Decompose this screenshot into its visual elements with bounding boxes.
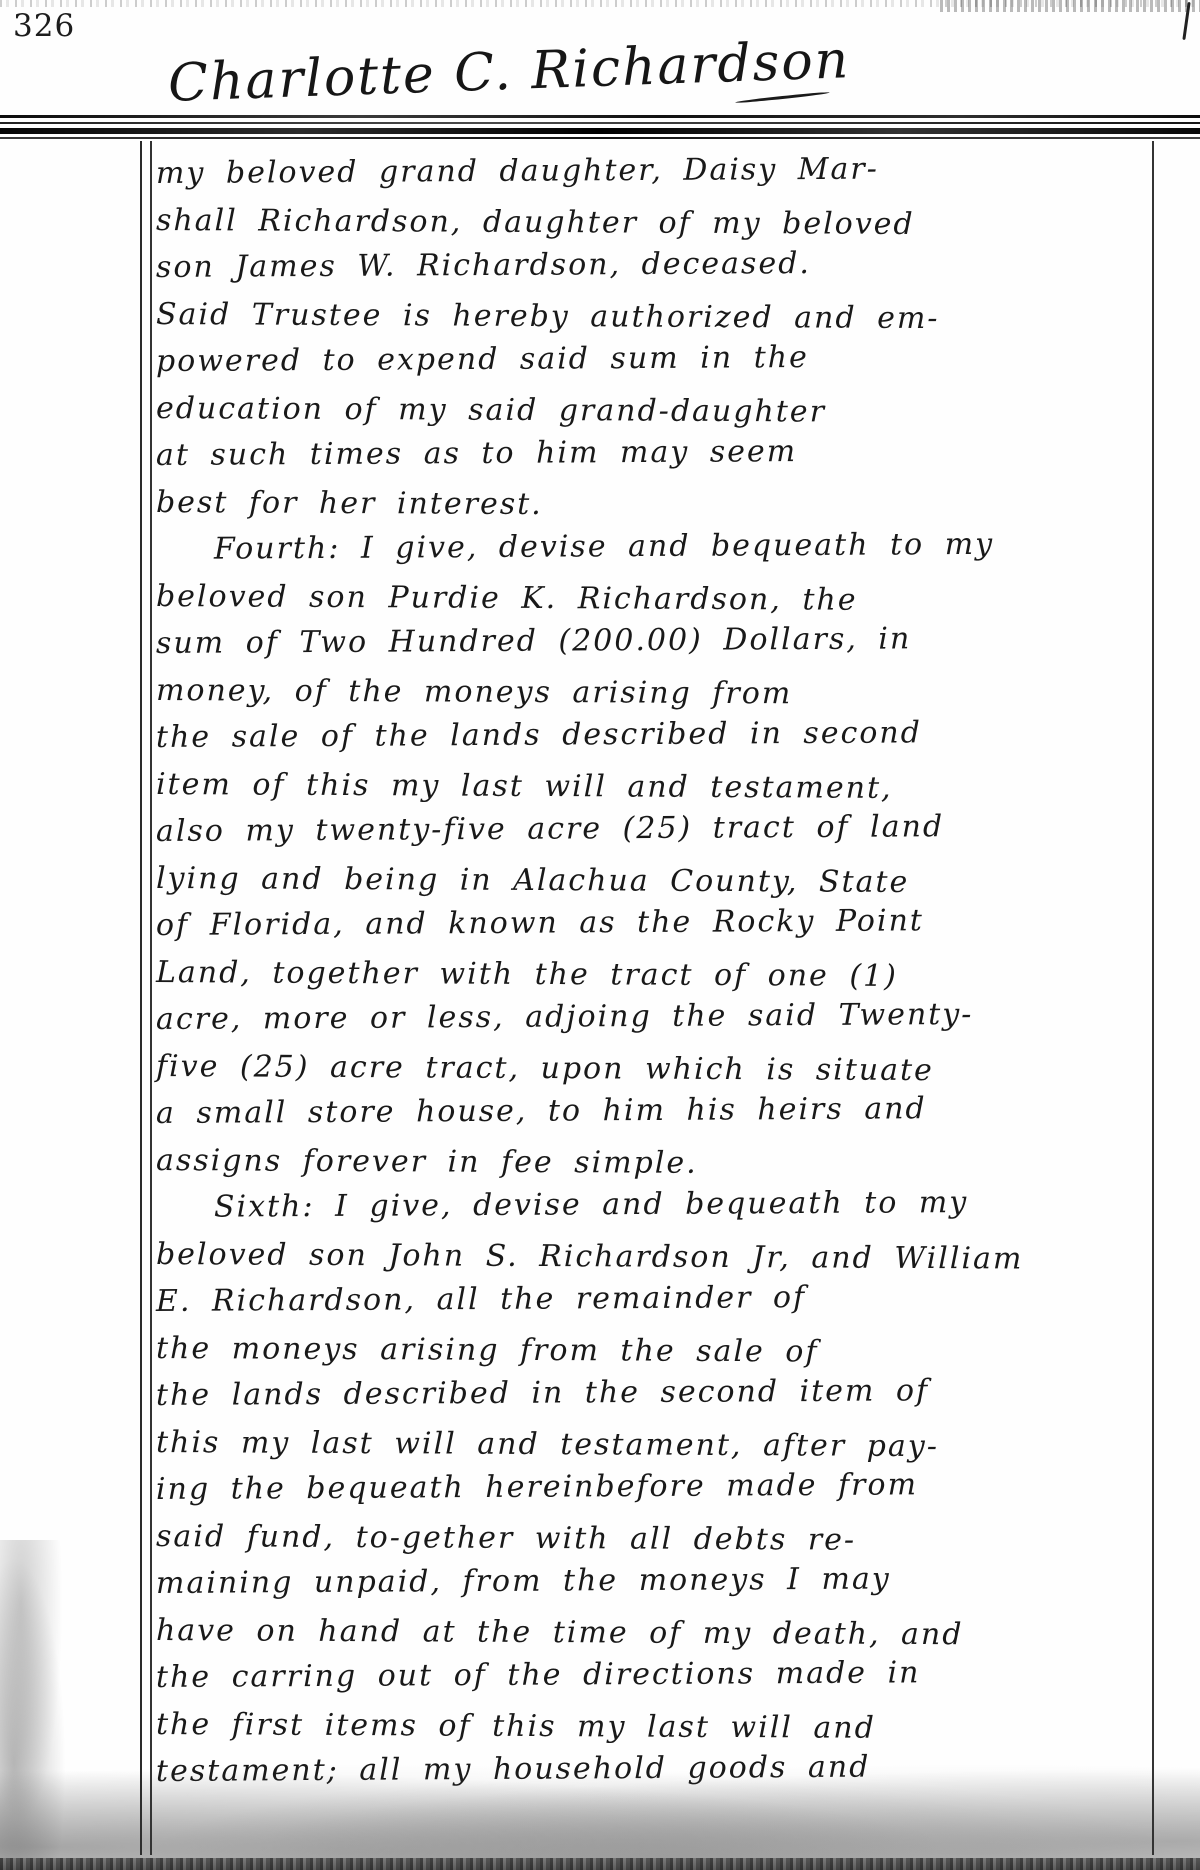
- handwriting-line: E. Richardson, all the remainder of: [156, 1272, 1166, 1325]
- handwriting-line: my beloved grand daughter, Daisy Mar-: [156, 144, 1166, 197]
- header-rule-stroke: [0, 115, 1200, 118]
- bottom-scan-noise: [0, 1748, 1200, 1858]
- header-rule-stroke: [0, 137, 1200, 139]
- handwriting-line: also my twenty-five acre (25) tract of l…: [156, 802, 1166, 855]
- page-number: 326: [13, 8, 75, 44]
- header-rule-stroke: [0, 122, 1200, 124]
- handwriting-line: the lands described in the second item o…: [156, 1366, 1166, 1419]
- handwriting-line: powered to expend said sum in the: [156, 332, 1166, 385]
- handwriting-line: son James W. Richardson, deceased.: [156, 238, 1166, 291]
- handwriting-line: maining unpaid, from the moneys I may: [156, 1554, 1166, 1607]
- handwriting-line: acre, more or less, adjoing the said Twe…: [156, 990, 1166, 1043]
- header-rule: [0, 115, 1200, 141]
- handwriting-line: at such times as to him may seem: [156, 426, 1166, 479]
- bottom-edge-band: [0, 1858, 1200, 1870]
- handwriting-line: the carring out of the directions made i…: [156, 1648, 1166, 1701]
- handwriting-line: of Florida, and known as the Rocky Point: [156, 896, 1166, 949]
- top-right-scan-noise: [940, 0, 1200, 12]
- left-margin-rule: [140, 141, 152, 1855]
- handwriting-line: Sixth: I give, devise and bequeath to my: [156, 1178, 1166, 1231]
- handwriting-line: Fourth: I give, devise and bequeath to m…: [156, 520, 1166, 573]
- handwriting-line: ing the bequeath hereinbefore made from: [156, 1460, 1166, 1513]
- handwriting-line: the sale of the lands described in secon…: [156, 708, 1166, 761]
- header-rule-stroke: [0, 128, 1200, 134]
- handwriting-line: sum of Two Hundred (200.00) Dollars, in: [156, 614, 1166, 667]
- handwriting-line: a small store house, to him his heirs an…: [156, 1084, 1166, 1137]
- handwriting: my beloved grand daughter, Daisy Mar-sha…: [156, 150, 1166, 1795]
